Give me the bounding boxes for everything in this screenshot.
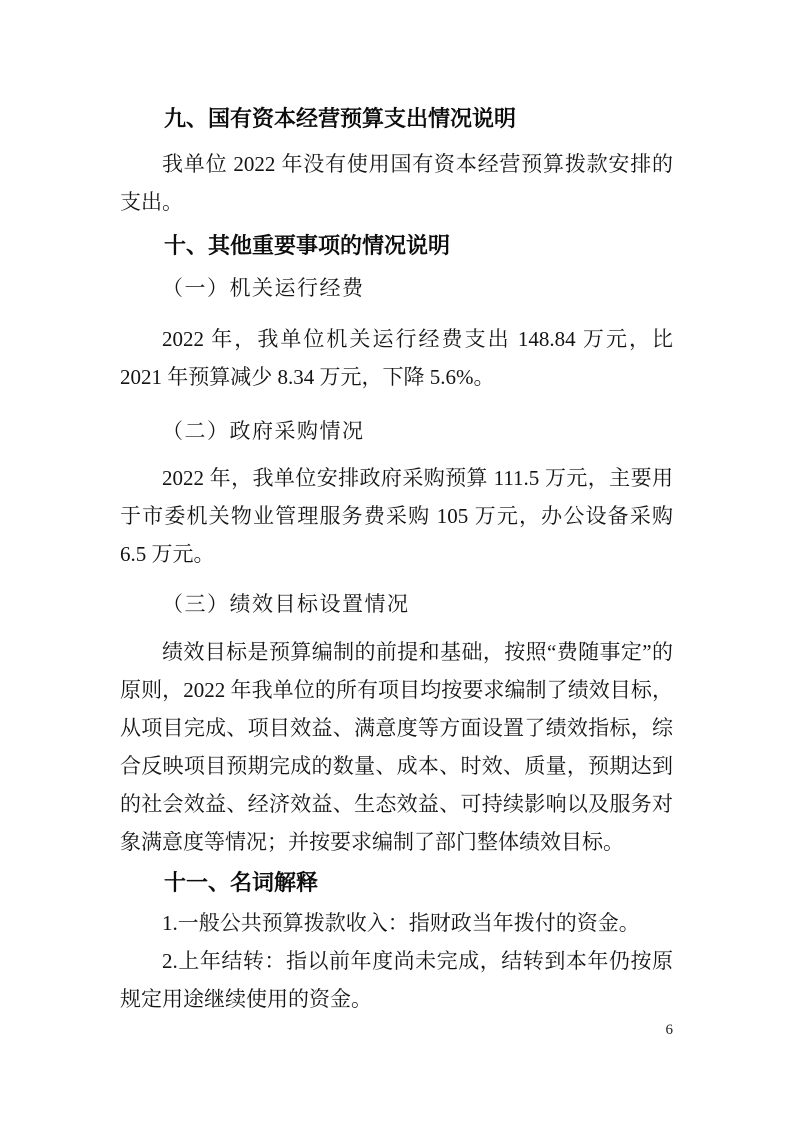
subheading-3-performance-targets: （三）绩效目标设置情况 [120,585,673,623]
paragraph-glossary-item-2: 2.上年结转：指以前年度尚未完成，结转到本年仍按原规定用途继续使用的资金。 [120,942,673,1018]
paragraph-glossary-item-1: 1.一般公共预算拨款收入：指财政当年拨付的资金。 [120,904,673,942]
heading-section-10-other-important-matters: 十、其他重要事项的情况说明 [120,227,673,265]
page-number: 6 [120,1020,673,1040]
subheading-1-agency-operating-expenses: （一）机关运行经费 [120,269,673,307]
document-content: 九、国有资本经营预算支出情况说明 我单位 2022 年没有使用国有资本经营预算拨… [120,100,673,1018]
paragraph-state-capital-expenditure: 我单位 2022 年没有使用国有资本经营预算拨款安排的支出。 [120,145,673,221]
document-page: 九、国有资本经营预算支出情况说明 我单位 2022 年没有使用国有资本经营预算拨… [0,0,794,1122]
paragraph-performance-targets-detail: 绩效目标是预算编制的前提和基础，按照“费随事定”的原则，2022 年我单位的所有… [120,633,673,861]
heading-section-9-state-capital-budget: 九、国有资本经营预算支出情况说明 [120,100,673,138]
paragraph-procurement-detail: 2022 年，我单位安排政府采购预算 111.5 万元，主要用于市委机关物业管理… [120,459,673,573]
subheading-2-government-procurement: （二）政府采购情况 [120,412,673,450]
paragraph-operating-expenses-detail: 2022 年，我单位机关运行经费支出 148.84 万元，比 2021 年预算减… [120,320,673,396]
heading-section-11-glossary: 十一、名词解释 [120,864,673,902]
